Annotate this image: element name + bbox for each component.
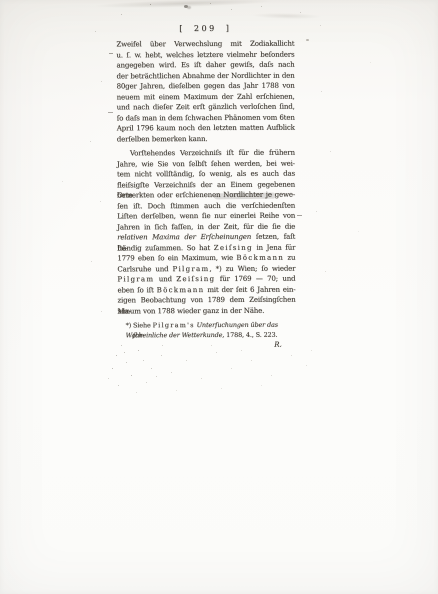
scanned-book-page: { "colors": { "paper": "#fbfaf8", "ink":… <box>0 0 438 594</box>
scan-vignette <box>0 0 438 594</box>
